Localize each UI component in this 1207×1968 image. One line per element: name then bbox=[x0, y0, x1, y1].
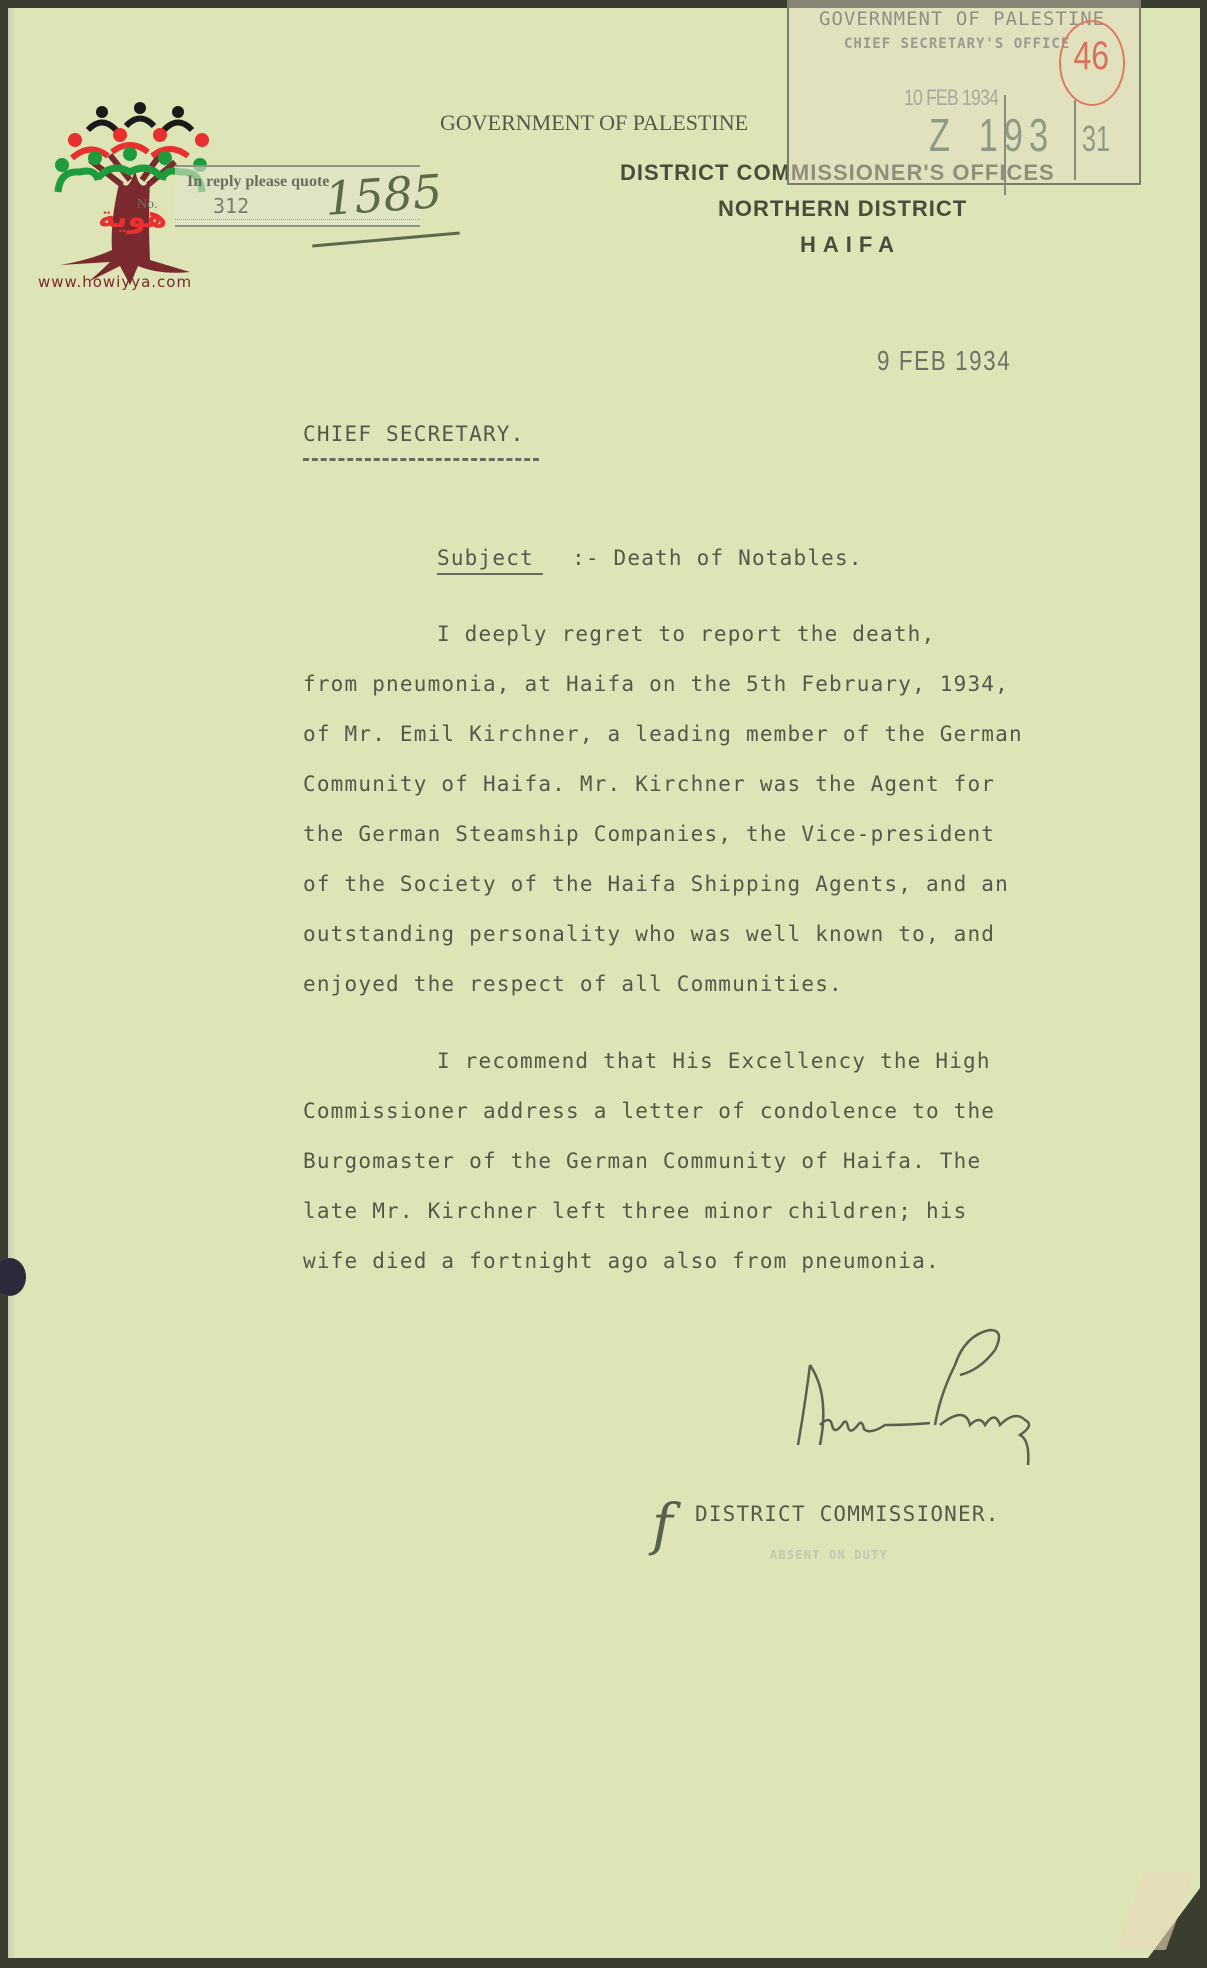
stamp-divider bbox=[1074, 100, 1076, 180]
addressee-rule bbox=[303, 458, 539, 461]
watermark-url: www.howiyya.com bbox=[38, 273, 192, 291]
stamp-file-ref: Z193 bbox=[929, 108, 1054, 162]
paragraph-line: enjoyed the respect of all Communities. bbox=[303, 972, 843, 996]
paragraph-line: I recommend that His Excellency the High bbox=[437, 1049, 991, 1073]
handwritten-reference: 1585 bbox=[323, 164, 444, 226]
stamp-file-sub: 31 bbox=[1082, 118, 1110, 160]
stamp-line2: CHIEF SECRETARY'S OFFICE bbox=[844, 36, 1070, 52]
reply-no-label: No. bbox=[137, 197, 158, 213]
subject-label: Subject bbox=[437, 546, 534, 570]
letterhead-city: HAIFA bbox=[800, 232, 901, 258]
signature-mark: f bbox=[652, 1493, 673, 1558]
paragraph-line: Community of Haifa. Mr. Kirchner was the… bbox=[303, 772, 995, 796]
paragraph-line: of the Society of the Haifa Shipping Age… bbox=[303, 872, 1009, 896]
paragraph-line: late Mr. Kirchner left three minor child… bbox=[303, 1199, 967, 1223]
received-stamp: GOVERNMENT OF PALESTINE CHIEF SECRETARY'… bbox=[787, 0, 1141, 185]
paragraph-line: the German Steamship Companies, the Vice… bbox=[303, 822, 995, 846]
subject-text: :- Death of Notables. bbox=[572, 546, 863, 570]
paragraph-line: I deeply regret to report the death, bbox=[437, 622, 935, 646]
signature-icon bbox=[790, 1325, 1070, 1475]
paragraph-line: Commissioner address a letter of condole… bbox=[303, 1099, 995, 1123]
folio-number: 46 bbox=[1073, 34, 1109, 79]
faint-stamp: ABSENT ON DUTY bbox=[770, 1548, 888, 1562]
paragraph-line: of Mr. Emil Kirchner, a leading member o… bbox=[303, 722, 1023, 746]
reply-number: 312 bbox=[213, 194, 249, 218]
reply-label: In reply please quote bbox=[187, 173, 329, 191]
letterhead-district: NORTHERN DISTRICT bbox=[718, 196, 967, 222]
letterhead-government: GOVERNMENT OF PALESTINE bbox=[440, 110, 748, 136]
signatory-title: DISTRICT COMMISSIONER. bbox=[695, 1502, 1000, 1526]
subject-underline bbox=[437, 573, 543, 575]
paragraph-line: wife died a fortnight ago also from pneu… bbox=[303, 1249, 940, 1273]
addressee: CHIEF SECRETARY. bbox=[303, 422, 525, 446]
letter-date: 9 FEB 1934 bbox=[877, 345, 1011, 377]
page-edge bbox=[8, 8, 16, 1958]
paragraph-line: from pneumonia, at Haifa on the 5th Febr… bbox=[303, 672, 1009, 696]
stamp-line1: GOVERNMENT OF PALESTINE bbox=[819, 8, 1105, 30]
paragraph-line: outstanding personality who was well kno… bbox=[303, 922, 995, 946]
paragraph-line: Burgomaster of the German Community of H… bbox=[303, 1149, 981, 1173]
